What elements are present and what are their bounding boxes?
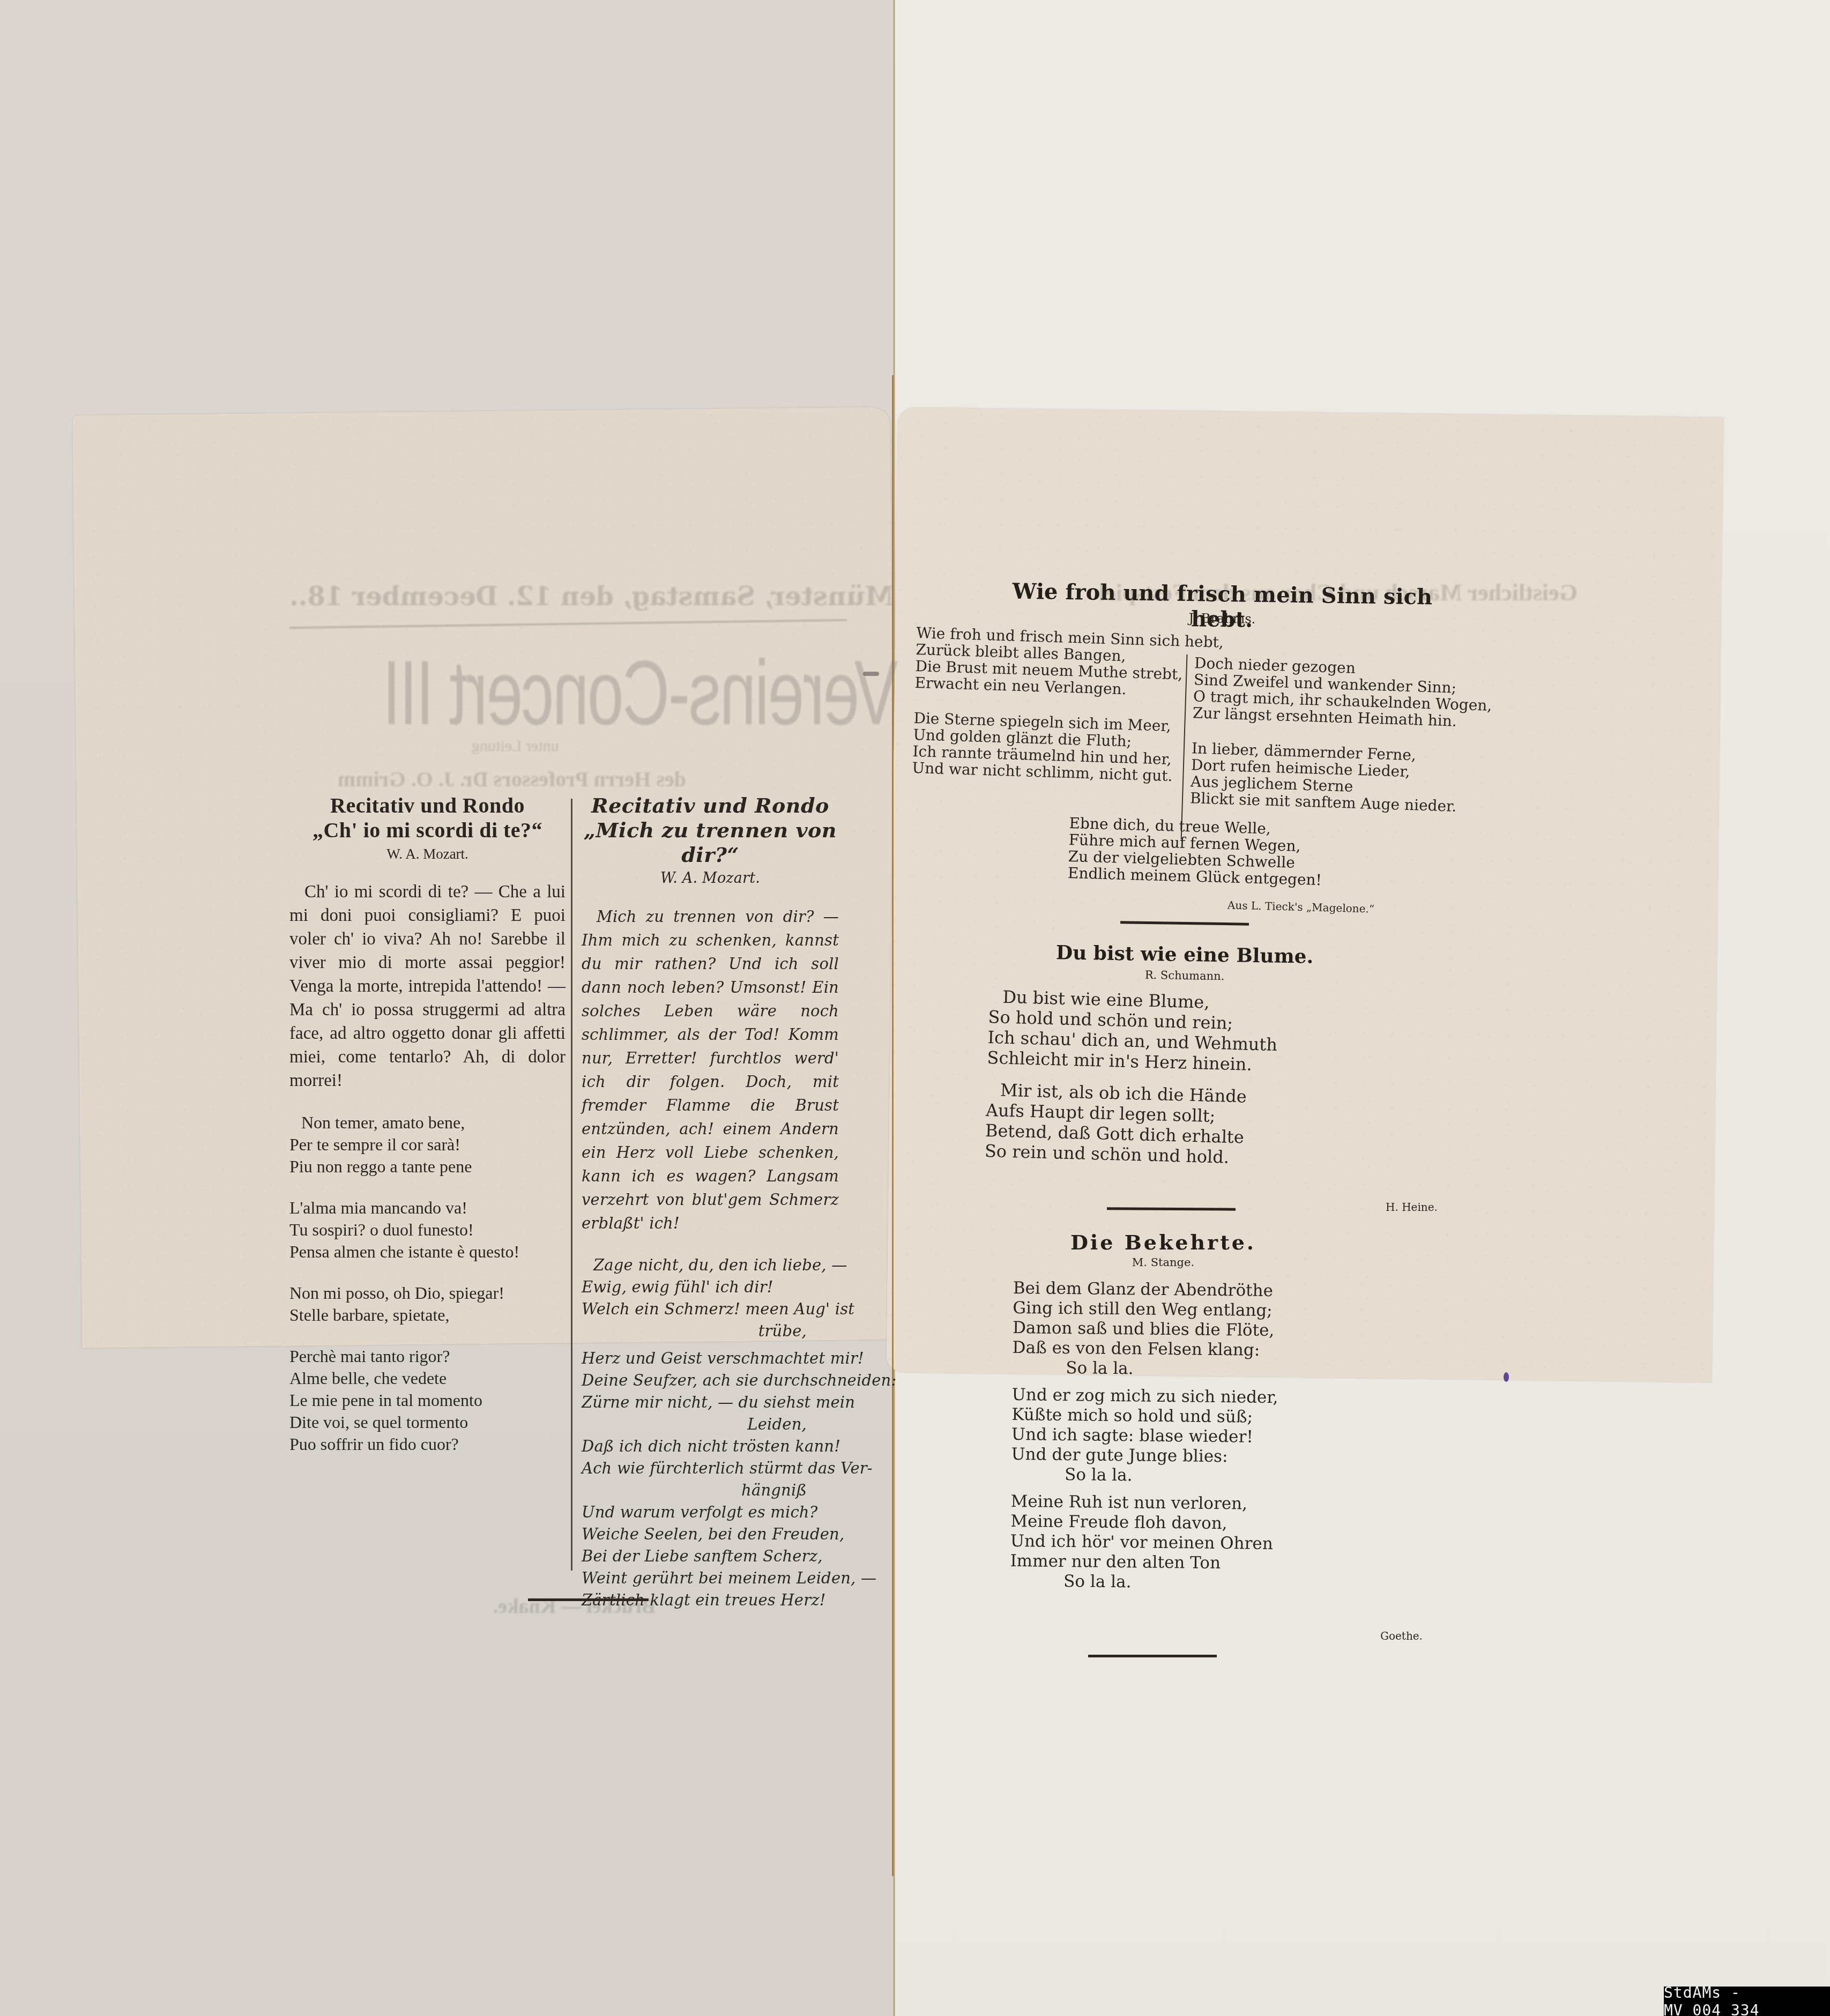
verse-line: Und warum verfolgt es mich?: [582, 1501, 839, 1523]
verse-line: Daß es von den Felsen klang:: [1012, 1338, 1278, 1360]
verse-line: Immer nur den alten Ton: [1010, 1551, 1276, 1574]
brahms-closing-stanza: Ebne dich, du treue Welle, Führe mich au…: [1068, 815, 1323, 888]
stange-lyrics: Bei dem Glanz der Abendröthe Ging ich st…: [1010, 1278, 1279, 1594]
verse-stanza: L'alma mia mancando va! Tu sospiri? o du…: [289, 1197, 566, 1263]
song-subtitle: „Ch' io mi scordi di te?“: [289, 818, 566, 843]
verse-stanza: Zage nicht, du, den ich liebe, — Ewig, e…: [582, 1254, 839, 1342]
verse-line: Ging ich still den Weg entlang;: [1013, 1298, 1279, 1321]
verse-line: Bei dem Glanz der Abendröthe: [1013, 1278, 1279, 1301]
verse-line: Weint gerührt bei meinem Leiden, —: [582, 1567, 839, 1589]
archive-watermark: StdAMs - MV_004_334: [1664, 1987, 1830, 2016]
verse-stanza: Perchè mai tanto rigor? Alme belle, che …: [289, 1345, 566, 1455]
song-title: Recitativ und Rondo: [582, 793, 839, 818]
verse-stanza: Herz und Geist verschmachtet mir! Deine …: [582, 1348, 839, 1611]
verse-line: Zürne mir nicht, — du siehst mein: [582, 1392, 839, 1414]
verse-line: Non temer, amato bene,: [289, 1112, 566, 1134]
verse-line: Und der gute Junge blies:: [1011, 1445, 1277, 1467]
verse-stanza: Doch nieder gezogen Sind Zweifel und wan…: [1193, 654, 1474, 730]
song-title-stange: Die Bekehrte.: [1018, 1230, 1308, 1254]
verse-line: Per te sempre il cor sarà!: [289, 1134, 566, 1156]
column-divider: [571, 799, 572, 1571]
verse-line: Deine Seufzer, ach sie durchschneiden:: [582, 1370, 839, 1392]
verse-line: Le mie pene in tal momento: [289, 1389, 566, 1411]
verse-line: Und ich hör' vor meinen Ohren: [1010, 1531, 1277, 1554]
verse-line: Dite voi, se quel tormento: [289, 1411, 566, 1433]
bleed-through-date-line: Münster, Samstag, den 12. December 18..: [289, 582, 894, 612]
verse-line: Und er zog mich zu sich nieder,: [1012, 1385, 1278, 1408]
verse-line: Daß ich dich nicht trösten kann!: [582, 1435, 839, 1457]
refrain-line: So la la.: [1011, 1464, 1277, 1487]
italian-lyrics-column: Recitativ und Rondo „Ch' io mi scordi di…: [289, 793, 566, 1455]
verse-stanza: Non mi posso, oh Dio, spiegar! Stelle ba…: [289, 1282, 566, 1326]
verse-line: Piu non reggo a tante pene: [289, 1156, 566, 1178]
bleed-through-conductor: des Herrn Professors Dr. J. O. Grimm: [338, 767, 686, 792]
verse-line: Weiche Seelen, bei den Freuden,: [582, 1523, 839, 1545]
verse-line-continuation: hängniß: [582, 1479, 839, 1501]
verse-line: Ach wie fürchterlich stürmt das Ver-: [582, 1457, 839, 1479]
verse-line: Perchè mai tanto rigor?: [289, 1345, 566, 1367]
verse-line: Meine Freude floh davon,: [1010, 1512, 1277, 1534]
refrain-line: So la la.: [1010, 1571, 1276, 1594]
verse-line: Damon saß und blies die Flöte,: [1013, 1318, 1279, 1341]
refrain-line: So la la.: [1012, 1358, 1278, 1380]
verse-stanza: Wie froh und frisch mein Sinn sich hebt,…: [914, 624, 1185, 700]
verse-line: Und ich sagte: blase wieder!: [1011, 1425, 1278, 1447]
recitative-text: Ch' io mi scordi di te? — Che a lui mi d…: [289, 880, 566, 1092]
verse-line: Stelle barbare, spietate,: [289, 1304, 566, 1326]
verse-line-continuation: trübe,: [582, 1320, 839, 1342]
verse-line: Herz und Geist verschmachtet mir!: [582, 1348, 839, 1370]
verse-line: L'alma mia mancando va!: [289, 1197, 566, 1219]
song-title: Recitativ und Rondo: [289, 793, 566, 818]
schumann-lyrics: Du bist wie eine Blume, So hold und schö…: [984, 986, 1278, 1169]
bleed-through-subtitle: unter Leitung: [472, 737, 559, 755]
verse-stanza: Die Sterne spiegeln sich im Meer, Und go…: [912, 710, 1182, 785]
recitative-body: Mich zu trennen von dir? — Ihm mich zu s…: [582, 907, 839, 1232]
composer-name: M. Stange.: [1018, 1256, 1308, 1269]
ink-stain: [1504, 1372, 1509, 1382]
dash-mark: [863, 672, 879, 676]
verse-line: Küßte mich so hold und süß;: [1011, 1405, 1278, 1427]
verse-line: Pensa almen che istante è questo!: [289, 1241, 566, 1263]
verse-line-continuation: Leiden,: [582, 1414, 839, 1435]
verse-line: Tu sospiri? o duol funesto!: [289, 1219, 566, 1241]
brahms-left-column: Wie froh und frisch mein Sinn sich hebt,…: [911, 624, 1185, 804]
recitative-text: Mich zu trennen von dir? — Ihm mich zu s…: [582, 905, 839, 1235]
verse-line: Zage nicht, du, den ich liebe, —: [582, 1254, 839, 1276]
bleed-through-title: Vereins-Concert III: [384, 641, 898, 746]
verse-line: Non mi posso, oh Dio, spiegar!: [289, 1282, 566, 1304]
section-rule: [528, 1598, 649, 1601]
verse-stanza: Non temer, amato bene, Per te sempre il …: [289, 1112, 566, 1178]
verse-line: Welch ein Schmerz! meen Aug' ist: [582, 1298, 839, 1320]
verse-line: Alme belle, che vedete: [289, 1367, 566, 1389]
composer-name: W. A. Mozart.: [289, 843, 566, 865]
german-lyrics-column: Recitativ und Rondo „Mich zu trennen von…: [582, 793, 839, 1611]
verse-line: Ewig, ewig fühl' ich dir!: [582, 1276, 839, 1298]
brahms-right-column: Doch nieder gezogen Sind Zweifel und wan…: [1189, 654, 1473, 834]
composer-name: W. A. Mozart.: [582, 867, 839, 890]
song-subtitle: „Mich zu trennen von dir?“: [582, 818, 839, 867]
verse-stanza: In lieber, dämmernder Ferne, Dort rufen …: [1190, 740, 1471, 815]
verse-line: Meine Ruh ist nun verloren,: [1010, 1492, 1277, 1514]
verse-line: Puo soffrir un fido cuor?: [289, 1433, 566, 1455]
recitative-body: Ch' io mi scordi di te? — Che a lui mi d…: [289, 882, 566, 1090]
poet-attribution: H. Heine.: [1386, 1201, 1438, 1214]
section-rule: [1088, 1655, 1217, 1657]
poet-attribution: Goethe.: [1380, 1630, 1423, 1642]
verse-line: Bei der Liebe sanftem Scherz,: [582, 1545, 839, 1567]
